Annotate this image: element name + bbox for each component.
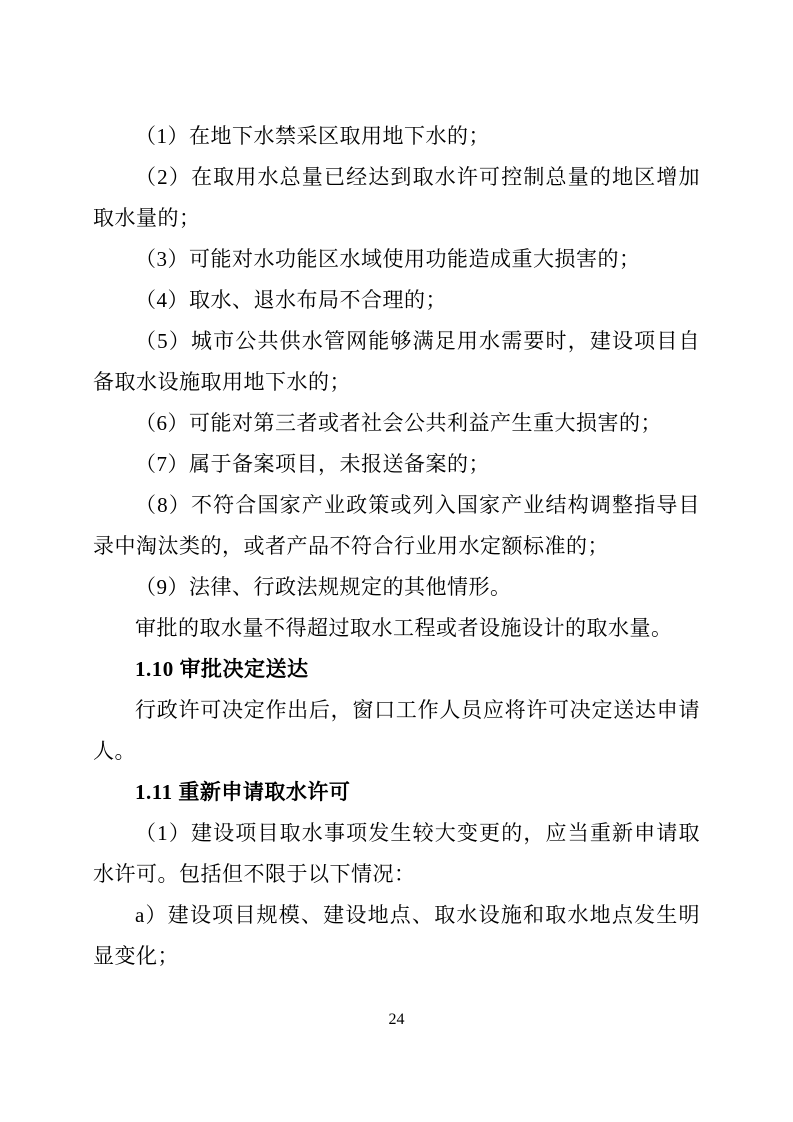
para-decision-delivery: 行政许可决定作出后，窗口工作人员应将许可决定送达申请人。 [93,690,700,772]
list-item-5: （5）城市公共供水管网能够满足用水需要时，建设项目自备取水设施取用地下水的； [93,321,700,403]
list-item-1: （1）在地下水禁采区取用地下水的； [93,116,700,157]
list-item-3: （3）可能对水功能区水域使用功能造成重大损害的； [93,239,700,280]
section-heading-1-10: 1.10 审批决定送达 [93,649,700,690]
document-page: （1）在地下水禁采区取用地下水的； （2）在取用水总量已经达到取水许可控制总量的… [0,0,793,1122]
list-item-a: a）建设项目规模、建设地点、取水设施和取水地点发生明显变化； [93,895,700,977]
list-item-8: （8）不符合国家产业政策或列入国家产业结构调整指导目录中淘汰类的，或者产品不符合… [93,485,700,567]
list-item-6: （6）可能对第三者或者社会公共利益产生重大损害的； [93,403,700,444]
list-item-2: （2）在取用水总量已经达到取水许可控制总量的地区增加取水量的； [93,157,700,239]
page-number: 24 [0,1010,793,1030]
para-approval-quantity-limit: 审批的取水量不得超过取水工程或者设施设计的取水量。 [93,608,700,649]
list-item-4: （4）取水、退水布局不合理的； [93,280,700,321]
list-item-9: （9）法律、行政法规规定的其他情形。 [93,567,700,608]
para-reapply-permit: （1）建设项目取水事项发生较大变更的，应当重新申请取水许可。包括但不限于以下情况… [93,813,700,895]
list-item-7: （7）属于备案项目，未报送备案的； [93,444,700,485]
section-heading-1-11: 1.11 重新申请取水许可 [93,772,700,813]
